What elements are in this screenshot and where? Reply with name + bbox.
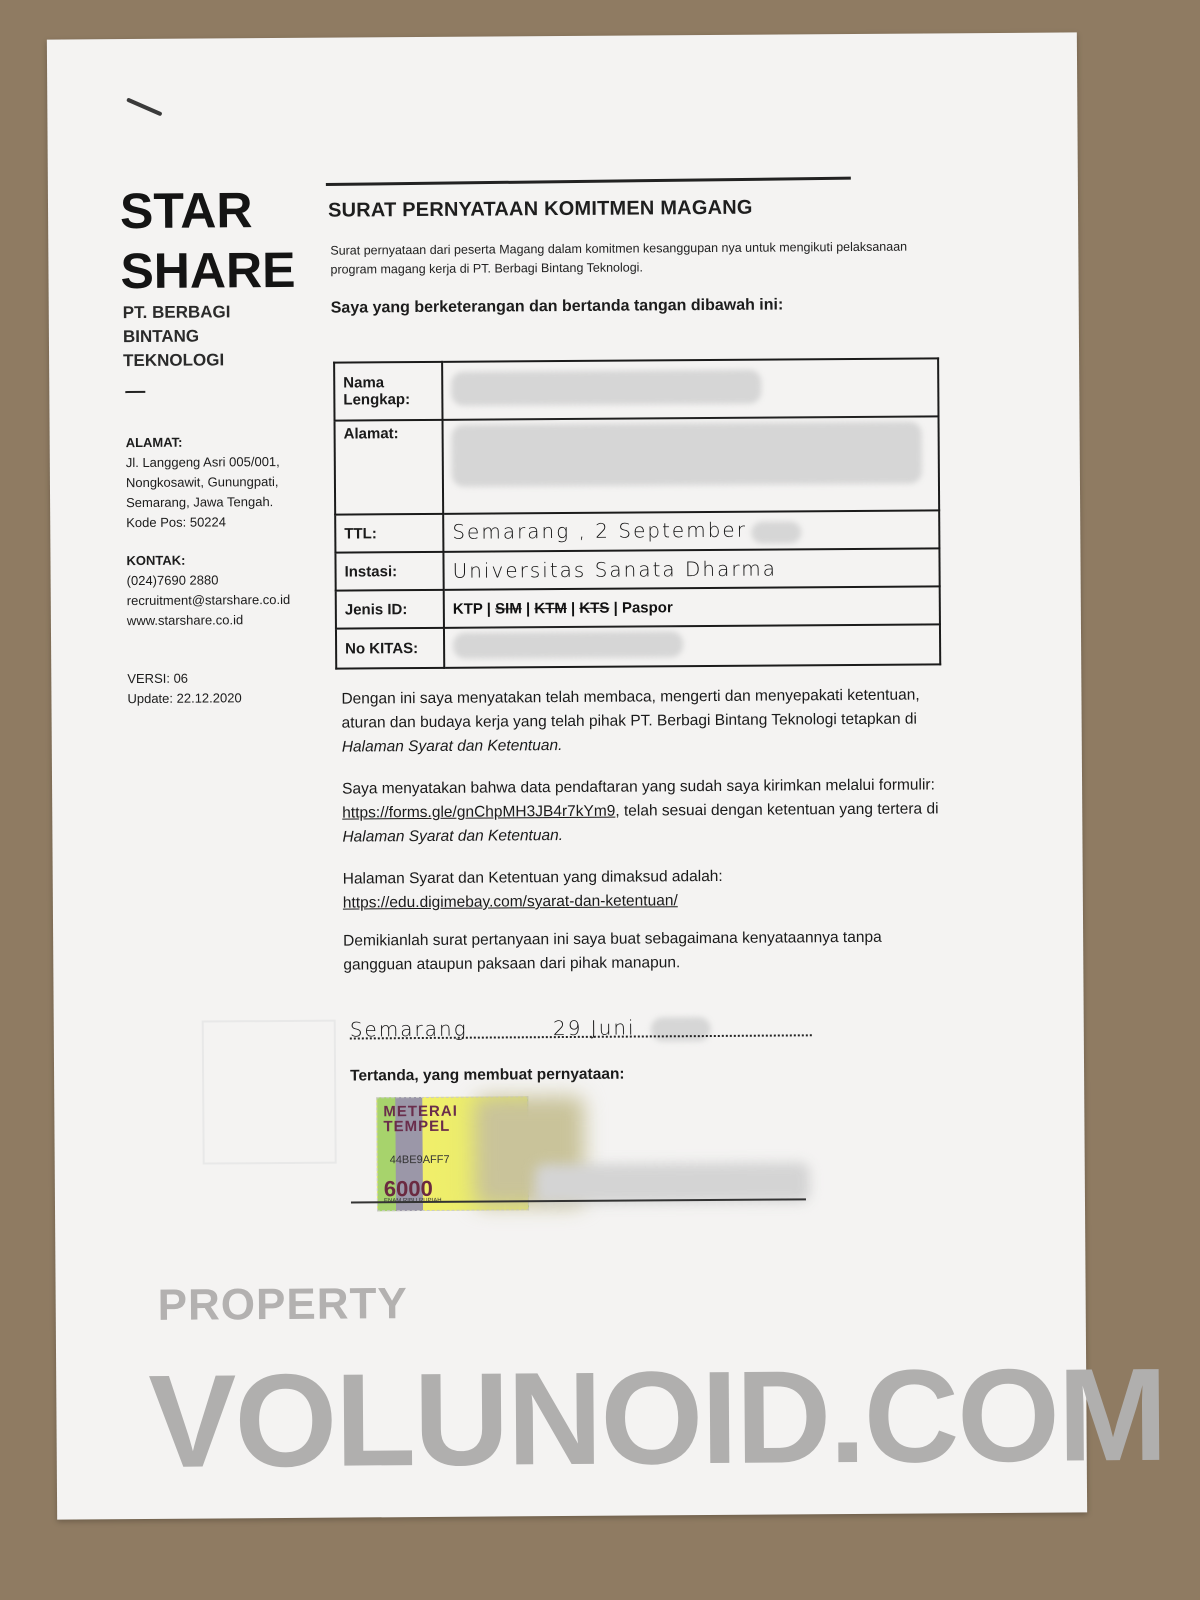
field-label: No KITAS:	[336, 628, 444, 669]
divider	[125, 391, 145, 393]
id-option-sim: SIM	[495, 600, 522, 617]
header-rule	[326, 177, 851, 186]
contact-phone: (024)7690 2880	[127, 570, 291, 591]
text: Dengan ini saya menyatakan telah membaca…	[341, 687, 919, 732]
stamp-code: 44BE9AFF7	[390, 1154, 450, 1166]
separator: |	[609, 599, 622, 616]
text: Saya menyatakan bahwa data pendaftaran y…	[342, 776, 935, 797]
paragraph-agreement: Dengan ini saya menyatakan telah membaca…	[341, 683, 951, 759]
handwritten-institution: Universitas Sanata Dharma	[452, 557, 777, 583]
brand-line-2: SHARE	[120, 240, 295, 301]
watermark-site: VOLUNOID.COM	[148, 1340, 1166, 1497]
identity-form: Nama Lengkap: Alamat: TTL: Semarang , 2 …	[333, 357, 941, 669]
company-line-3: TEKNOLOGI	[123, 348, 231, 373]
id-type-options: KTP | SIM | KTM | KTS | Paspor	[444, 586, 940, 627]
form-row-kitas: No KITAS:	[336, 624, 940, 668]
separator: |	[483, 600, 496, 617]
id-option-ktm: KTM	[534, 599, 567, 616]
qr-code-ghost	[202, 1020, 337, 1165]
address-line: Kode Pos: 50224	[126, 512, 280, 533]
field-label: Alamat:	[335, 420, 444, 515]
update-date: Update: 22.12.2020	[127, 688, 241, 709]
text: , telah sesuai dengan ketentuan yang ter…	[615, 800, 938, 819]
paragraph-closing: Demikianlah surat pertanyaan ini saya bu…	[343, 925, 953, 977]
paragraph-form-data: Saya menyatakan bahwa data pendaftaran y…	[342, 773, 952, 849]
text: Halaman Syarat dan Ketentuan yang dimaks…	[343, 863, 953, 891]
stamp-title-2: TEMPEL	[383, 1119, 458, 1135]
version-block: VERSI: 06 Update: 22.12.2020	[127, 668, 241, 709]
company-name: PT. BERBAGI BINTANG TEKNOLOGI	[123, 300, 231, 373]
id-option-paspor: Paspor	[622, 599, 673, 616]
version-text: VERSI: 06	[127, 668, 241, 689]
separator: |	[522, 600, 535, 617]
form-row-id-type: Jenis ID: KTP | SIM | KTM | KTS | Paspor	[336, 586, 940, 628]
signature-label: Tertanda, yang membuat pernyataan:	[350, 1066, 625, 1086]
field-value-redacted	[442, 358, 938, 419]
id-option-ktp: KTP	[453, 600, 483, 617]
document-page: STAR SHARE PT. BERBAGI BINTANG TEKNOLOGI…	[47, 32, 1087, 1519]
lead-text: Saya yang berketerangan dan bertanda tan…	[331, 296, 784, 317]
contact-email: recruitment@starshare.co.id	[127, 590, 291, 611]
form-link[interactable]: https://forms.gle/gnChpMH3JB4r7kYm9	[342, 803, 615, 822]
terms-reference: Halaman Syarat dan Ketentuan.	[342, 737, 563, 756]
field-value: Universitas Sanata Dharma	[443, 548, 939, 589]
place-date-line: Semarang 29 Juni	[350, 1014, 820, 1043]
address-line: Nongkosawit, Gunungpati,	[126, 472, 280, 493]
contact-block: KONTAK: (024)7690 2880 recruitment@stars…	[126, 550, 290, 631]
stamp-title: METERAITEMPEL	[383, 1104, 458, 1135]
separator: |	[567, 599, 580, 616]
field-label: Jenis ID:	[336, 590, 444, 629]
address-line: Semarang, Jawa Tengah.	[126, 492, 280, 513]
terms-link[interactable]: https://edu.digimebay.com/syarat-dan-ket…	[343, 892, 678, 911]
form-row-name: Nama Lengkap:	[334, 358, 938, 420]
company-line-1: PT. BERBAGI	[123, 300, 231, 325]
address-block: ALAMAT: Jl. Langgeng Asri 005/001, Nongk…	[126, 432, 281, 533]
form-row-institution: Instasi: Universitas Sanata Dharma	[335, 548, 939, 590]
field-label: Instasi:	[335, 552, 443, 591]
brand-line-1: STAR	[120, 180, 295, 241]
watermark-property: PROPERTY	[158, 1279, 408, 1331]
field-label: Nama Lengkap:	[334, 362, 442, 421]
field-value: Semarang , 2 September	[443, 510, 939, 551]
handwritten-ttl: Semarang , 2 September	[452, 518, 747, 544]
company-line-2: BINTANG	[123, 324, 231, 349]
form-row-ttl: TTL: Semarang , 2 September	[335, 510, 939, 552]
form-row-address: Alamat:	[335, 416, 940, 514]
contact-website: www.starshare.co.id	[127, 610, 291, 631]
address-label: ALAMAT:	[126, 432, 280, 453]
field-label: TTL:	[335, 514, 443, 553]
address-line: Jl. Langgeng Asri 005/001,	[126, 452, 280, 473]
paragraph-terms-url: Halaman Syarat dan Ketentuan yang dimaks…	[343, 863, 953, 915]
id-option-kts: KTS	[579, 599, 609, 616]
intro-text: Surat pernyataan dari peserta Magang dal…	[330, 237, 950, 279]
contact-label: KONTAK:	[126, 550, 290, 571]
terms-reference: Halaman Syarat dan Ketentuan.	[342, 827, 563, 846]
document-title: SURAT PERNYATAAN KOMITMEN MAGANG	[328, 197, 753, 223]
field-value-redacted	[444, 624, 940, 667]
brand-logo: STAR SHARE	[120, 180, 296, 301]
field-value-redacted	[443, 416, 940, 513]
pen-mark	[126, 97, 162, 116]
